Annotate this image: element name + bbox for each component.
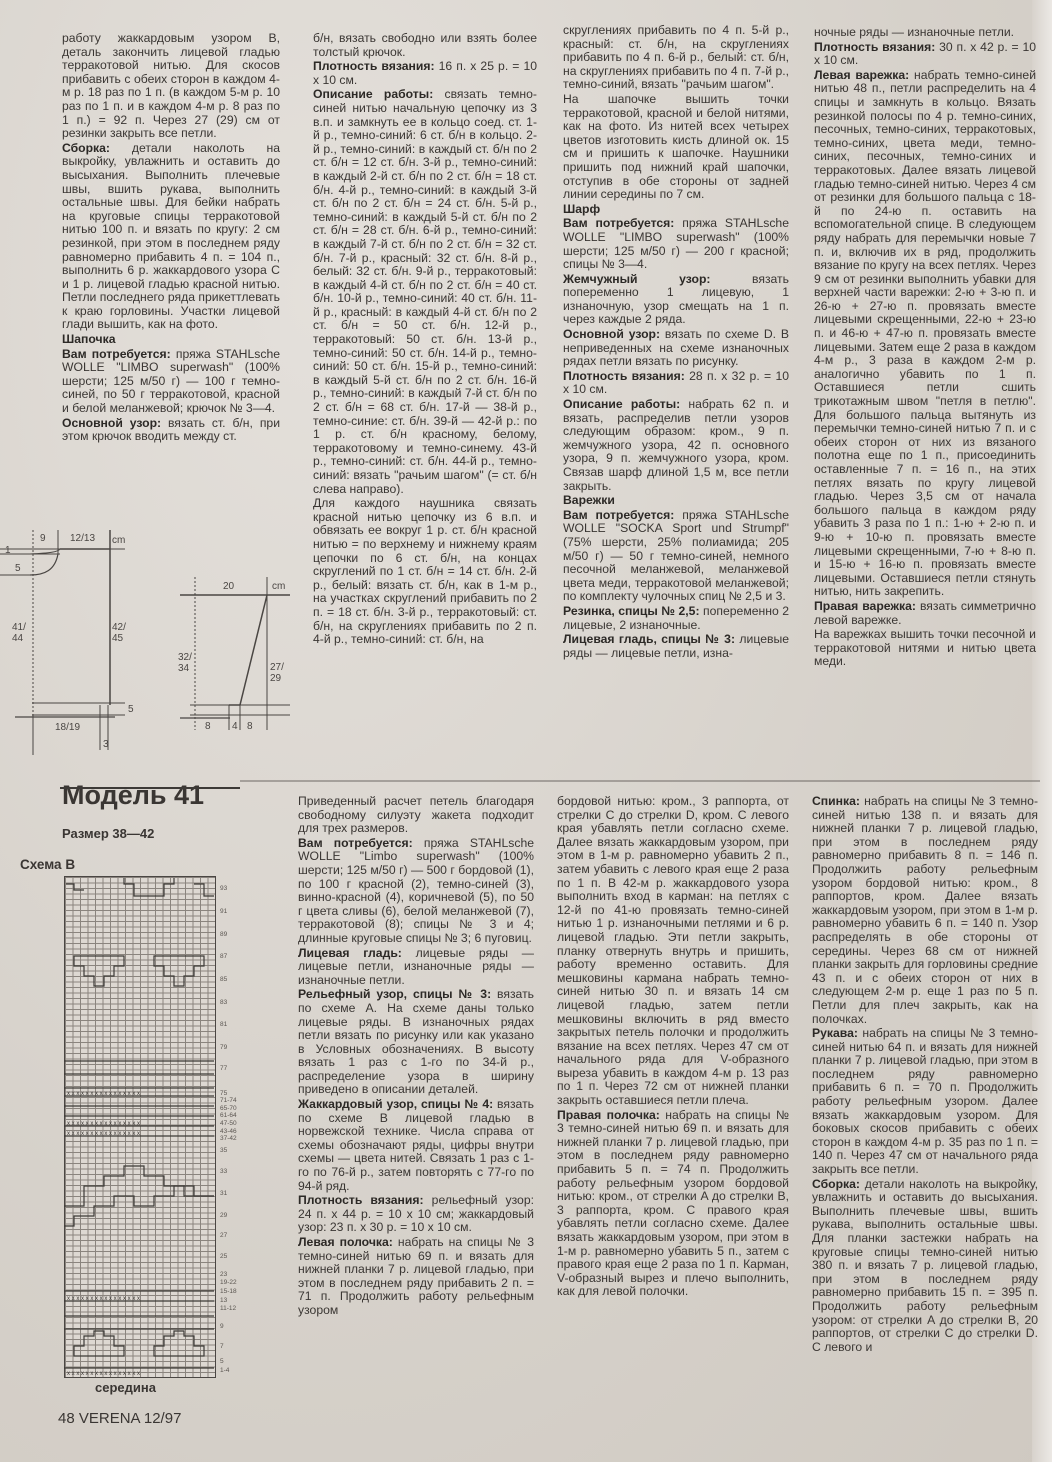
term-label: Плотность вязания: bbox=[563, 369, 685, 383]
chart-row-label: 35 bbox=[220, 1147, 227, 1154]
section-heading: Шарф bbox=[563, 203, 789, 217]
dim-label: 9 bbox=[40, 533, 46, 544]
term-label: Жемчужный узор: bbox=[563, 272, 710, 286]
chart-center-label: середина bbox=[95, 1380, 156, 1395]
paragraph: Лицевая гладь: лицевые ряды — лицевые пе… bbox=[298, 947, 534, 988]
paragraph: Приведенный расчет петель благодаря своб… bbox=[298, 795, 534, 836]
paragraph: На варежках вышить точки песочной и терр… bbox=[814, 628, 1036, 669]
body-text: связать темно-синей нитью начальную цепо… bbox=[313, 87, 537, 495]
model-title: Модель 41 bbox=[62, 780, 204, 811]
unit-label: cm bbox=[112, 535, 125, 546]
term-label: Плотность вязания: bbox=[298, 1193, 424, 1207]
svg-text:x x x x x x x x x x x x x x x: x x x x x x x x x x x x x x x x bbox=[67, 1121, 140, 1127]
chart-row-label: 79 bbox=[220, 1044, 227, 1051]
dim-label: 1 bbox=[5, 545, 11, 556]
sleeve-pattern-diagram: 20 cm 32/ 34 27/ 29 8 4 8 bbox=[175, 575, 290, 735]
dim-label: 20 bbox=[223, 581, 235, 592]
paragraph: Вам потребуется: пряжа STAHLsche WOLLE "… bbox=[298, 837, 534, 946]
dim-label: 27/ bbox=[270, 662, 284, 673]
term-label: Сборка: bbox=[62, 141, 110, 155]
paragraph: Описание работы: набрать 62 п. и вязать,… bbox=[563, 398, 789, 493]
chart-row-label: 83 bbox=[220, 999, 227, 1006]
heading-text: Шарф bbox=[563, 202, 600, 216]
term-label: Вам потребуется: bbox=[298, 836, 413, 850]
term-label: Правая варежка: bbox=[814, 599, 916, 613]
chart-row-label: 7 bbox=[220, 1343, 224, 1350]
column-bottom-3: бордовой нитью: кром., 3 раппорта, от ст… bbox=[557, 795, 789, 1300]
chart-row-label: 9 bbox=[220, 1323, 224, 1330]
svg-text:x x x x x x x x x x x x x x x: x x x x x x x x x x x x x x x x bbox=[67, 1091, 140, 1097]
body-text: набрать темно-синей нитью 48 п., петли р… bbox=[814, 68, 1036, 599]
chart-row-label: 25 bbox=[220, 1253, 227, 1260]
paragraph: Основной узор: вязать по схеме D. В непр… bbox=[563, 328, 789, 369]
column-bottom-4: Спинка: набрать на спицы № 3 темно-синей… bbox=[812, 795, 1038, 1355]
dim-label: 44 bbox=[12, 633, 24, 644]
paragraph: Плотность вязания: 16 п. х 25 р. = 10 х … bbox=[313, 60, 537, 87]
body-text: Для каждого наушника связать красной нит… bbox=[313, 496, 537, 646]
paragraph: Сборка: детали наколоть на выкройку, увл… bbox=[812, 1178, 1038, 1355]
scheme-title: Схема В bbox=[20, 857, 75, 872]
column-top-2: б/н, вязать свободно или взять более тол… bbox=[313, 32, 537, 648]
chart-row-label: 29 bbox=[220, 1212, 227, 1219]
dim-label: 45 bbox=[112, 633, 124, 644]
column-bottom-2: Приведенный расчет петель благодаря своб… bbox=[298, 795, 534, 1319]
jacquard-chart-motifs: x x x x x x x x x x x x x x x x x x x x … bbox=[64, 876, 216, 1378]
body-text: На шапочке вышить точки терракотовой, кр… bbox=[563, 92, 789, 201]
body-text: Приведенный расчет петель благодаря своб… bbox=[298, 794, 534, 835]
paragraph: Сборка: детали наколоть на выкройку, увл… bbox=[62, 142, 280, 332]
title-underline bbox=[60, 787, 240, 789]
body-text: вязать по схеме B лицевой гладью в норве… bbox=[298, 1097, 534, 1193]
body-text: набрать на спицы № 3 темно-синей нитью 6… bbox=[812, 1026, 1038, 1176]
dim-label: 42/ bbox=[112, 622, 126, 633]
paragraph: Правая варежка: вязать симметрично левой… bbox=[814, 600, 1036, 627]
body-text: детали наколоть на выкройку, увлажнить и… bbox=[812, 1177, 1038, 1354]
unit-label: cm bbox=[272, 581, 285, 592]
chart-row-label: 89 bbox=[220, 931, 227, 938]
dim-label: 8 bbox=[205, 721, 211, 732]
chart-row-label: 37-42 bbox=[220, 1135, 237, 1142]
paragraph: Левая полочка: набрать на спицы № 3 темн… bbox=[298, 1236, 534, 1318]
heading-text: Варежки bbox=[563, 493, 615, 507]
term-label: Лицевая гладь, спицы № 3: bbox=[563, 632, 735, 646]
page-footer: 48 VERENA 12/97 bbox=[58, 1410, 181, 1427]
term-label: Вам потребуется: bbox=[62, 347, 171, 361]
chart-row-label: 71-74 bbox=[220, 1097, 237, 1104]
dim-label: 4 bbox=[232, 721, 238, 732]
section-heading: Варежки bbox=[563, 494, 789, 508]
term-label: Описание работы: bbox=[313, 87, 433, 101]
term-label: Основной узор: bbox=[563, 327, 660, 341]
body-text: пряжа STAHLsche WOLLE "SOCKA Sport und S… bbox=[563, 508, 789, 604]
chart-row-label: 43-46 bbox=[220, 1128, 237, 1135]
paragraph: Описание работы: связать темно-синей нит… bbox=[313, 88, 537, 496]
chart-row-label: 27 bbox=[220, 1232, 227, 1239]
body-text: На варежках вышить точки песочной и терр… bbox=[814, 627, 1036, 668]
chart-row-label: 87 bbox=[220, 953, 227, 960]
chart-row-label: 13 bbox=[220, 1297, 227, 1304]
chart-row-label: 19-22 bbox=[220, 1279, 237, 1286]
body-text: вязать по схеме A. На схеме даны только … bbox=[298, 987, 534, 1096]
term-label: Вам потребуется: bbox=[563, 216, 674, 230]
body-text: бордовой нитью: кром., 3 раппорта, от ст… bbox=[557, 794, 789, 1107]
chart-row-label: 31 bbox=[220, 1190, 227, 1197]
paragraph: бордовой нитью: кром., 3 раппорта, от ст… bbox=[557, 795, 789, 1108]
chart-row-label: 1-4 bbox=[220, 1367, 229, 1374]
paragraph: Рельефный узор, спицы № 3: вязать по схе… bbox=[298, 988, 534, 1097]
body-text: набрать на спицы № 3 темно-синей нитью 1… bbox=[812, 794, 1038, 1026]
chart-row-label: 85 bbox=[220, 976, 227, 983]
term-label: Лицевая гладь: bbox=[298, 946, 402, 960]
column-top-1: работу жаккардовым узором B, деталь зако… bbox=[62, 32, 280, 445]
column-top-3: скруглениях прибавить по 4 п. 5-й р., кр… bbox=[563, 24, 789, 661]
term-label: Основной узор: bbox=[62, 416, 161, 430]
paragraph: скруглениях прибавить по 4 п. 5-й р., кр… bbox=[563, 24, 789, 92]
chart-row-label: 33 bbox=[220, 1168, 227, 1175]
paragraph: Плотность вязания: рельефный узор: 24 п.… bbox=[298, 1194, 534, 1235]
term-label: Правая полочка: bbox=[557, 1108, 660, 1122]
section-heading: Шапочка bbox=[62, 333, 280, 347]
paragraph: Резинка, спицы № 2,5: попеременно 2 лице… bbox=[563, 605, 789, 632]
section-separator bbox=[240, 780, 1040, 782]
body-text: пряжа STAHLsche WOLLE "Limbo superwash" … bbox=[298, 836, 534, 945]
svg-text:x x x x x x x x x x x x x x x: x x x x x x x x x x x x x x x x bbox=[67, 1371, 140, 1377]
dim-label: 5 bbox=[15, 563, 21, 574]
body-text: скруглениях прибавить по 4 п. 5-й р., кр… bbox=[563, 23, 789, 91]
body-text: б/н, вязать свободно или взять более тол… bbox=[313, 31, 537, 59]
dim-label: 29 bbox=[270, 673, 282, 684]
term-label: Резинка, спицы № 2,5: bbox=[563, 604, 700, 618]
dim-label: 3 bbox=[103, 739, 109, 750]
dim-label: 41/ bbox=[12, 622, 26, 633]
dim-label: 12/13 bbox=[70, 533, 95, 544]
term-label: Плотность вязания: bbox=[814, 40, 935, 54]
chart-row-label: 81 bbox=[220, 1021, 227, 1028]
term-label: Рукава: bbox=[812, 1026, 858, 1040]
paragraph: На шапочке вышить точки терракотовой, кр… bbox=[563, 93, 789, 202]
paragraph: Правая полочка: набрать на спицы № 3 тем… bbox=[557, 1109, 789, 1299]
body-text: набрать на спицы № 3 темно-синей нитью 6… bbox=[557, 1108, 789, 1299]
term-label: Сборка: bbox=[812, 1177, 860, 1191]
chart-row-label: 23 bbox=[220, 1271, 227, 1278]
paragraph: Левая варежка: набрать темно-синей нитью… bbox=[814, 69, 1036, 599]
term-label: Спинка: bbox=[812, 794, 860, 808]
paragraph: Основной узор: вязать ст. б/н, при этом … bbox=[62, 417, 280, 444]
dim-label: 18/19 bbox=[55, 722, 80, 733]
chart-row-label: 77 bbox=[220, 1065, 227, 1072]
chart-row-labels: 9391898785838179777571-7465-7061-6447-50… bbox=[220, 876, 260, 1376]
dim-label: 8 bbox=[247, 721, 253, 732]
paragraph: Вам потребуется: пряжа STAHLsche WOLLE "… bbox=[563, 509, 789, 604]
term-label: Левая варежка: bbox=[814, 68, 909, 82]
term-label: Рельефный узор, спицы № 3: bbox=[298, 987, 491, 1001]
paragraph: работу жаккардовым узором B, деталь зако… bbox=[62, 32, 280, 141]
svg-text:x x x x x x x x x x x x x x x: x x x x x x x x x x x x x x x x bbox=[67, 1131, 140, 1137]
chart-row-label: 47-50 bbox=[220, 1120, 237, 1127]
paragraph: Рукава: набрать на спицы № 3 темно-синей… bbox=[812, 1027, 1038, 1177]
heading-text: Шапочка bbox=[62, 332, 115, 346]
paragraph: ночные ряды — изнаночные петли. bbox=[814, 26, 1036, 40]
term-label: Жаккардовый узор, спицы № 4: bbox=[298, 1097, 493, 1111]
paragraph: Вам потребуется: пряжа STAHLsche WOLLE "… bbox=[62, 348, 280, 416]
paragraph: б/н, вязать свободно или взять более тол… bbox=[313, 32, 537, 59]
chart-row-label: 61-64 bbox=[220, 1112, 237, 1119]
svg-text:x x x x x x x x x x x x x x x: x x x x x x x x x x x x x x x x bbox=[67, 1296, 140, 1302]
paragraph: Плотность вязания: 30 п. х 42 р. = 10 х … bbox=[814, 41, 1036, 68]
chart-row-label: 15-18 bbox=[220, 1288, 237, 1295]
column-top-4: ночные ряды — изнаночные петли.Плотность… bbox=[814, 26, 1036, 670]
chart-row-label: 65-70 bbox=[220, 1105, 237, 1112]
paragraph: Жаккардовый узор, спицы № 4: вязать по с… bbox=[298, 1098, 534, 1193]
chart-row-label: 91 bbox=[220, 908, 227, 915]
body-text: ночные ряды — изнаночные петли. bbox=[814, 25, 1014, 39]
term-label: Вам потребуется: bbox=[563, 508, 674, 522]
paragraph: Плотность вязания: 28 п. х 32 р. = 10 х … bbox=[563, 370, 789, 397]
paragraph: Лицевая гладь, спицы № 3: лицевые ряды —… bbox=[563, 633, 789, 660]
term-label: Левая полочка: bbox=[298, 1235, 393, 1249]
paragraph: Жемчужный узор: вязать попеременно 1 лиц… bbox=[563, 273, 789, 327]
body-text: набрать 62 п. и вязать, распределив петл… bbox=[563, 397, 789, 493]
paragraph: Вам потребуется: пряжа STAHLsche WOLLE "… bbox=[563, 217, 789, 271]
chart-row-label: 75 bbox=[220, 1090, 227, 1097]
paragraph: Для каждого наушника связать красной нит… bbox=[313, 497, 537, 647]
dim-label: 5 bbox=[128, 704, 134, 715]
dim-label: 32/ bbox=[178, 652, 192, 663]
dim-label: 34 bbox=[178, 663, 190, 674]
model-size: Размер 38—42 bbox=[62, 826, 154, 841]
chart-row-label: 11-12 bbox=[220, 1305, 236, 1312]
term-label: Описание работы: bbox=[563, 397, 680, 411]
chart-row-label: 93 bbox=[220, 885, 227, 892]
term-label: Плотность вязания: bbox=[313, 59, 435, 73]
body-text: работу жаккардовым узором B, деталь зако… bbox=[62, 31, 280, 140]
chart-row-label: 5 bbox=[220, 1358, 224, 1365]
paragraph: Спинка: набрать на спицы № 3 темно-синей… bbox=[812, 795, 1038, 1026]
body-text: детали наколоть на выкройку, увлажнить и… bbox=[62, 141, 280, 332]
